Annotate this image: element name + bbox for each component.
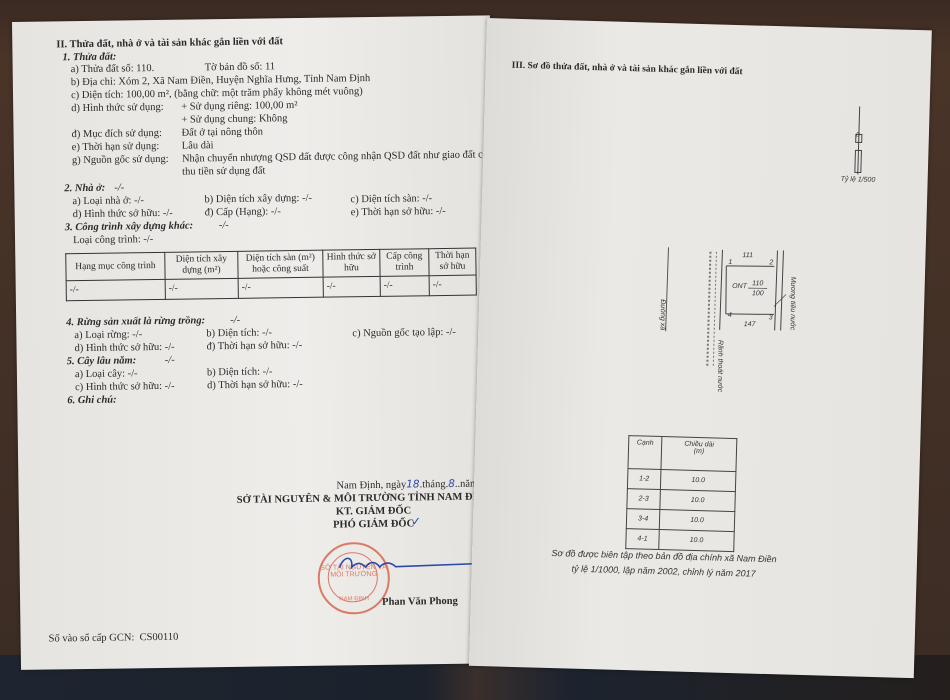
corner-2: 2 <box>769 259 773 266</box>
on-behalf: KT. GIÁM ĐỐC <box>336 505 412 518</box>
term-value: Lâu dài <box>182 140 214 152</box>
road-label: Đường xã <box>659 299 666 330</box>
usage-form-label: d) Hình thức sử dụng: <box>71 102 164 115</box>
map-sheet: Tờ bản đồ số: 11 <box>205 61 276 74</box>
register-number-label: Số vào sổ cấp GCN: <box>49 632 135 644</box>
left-page: II. Thửa đất, nhà ở và tài sản khác gắn … <box>12 15 499 670</box>
forest-heading-value: -/- <box>230 315 240 327</box>
works-col-ownership: Hình thức sở hữu <box>323 249 380 277</box>
parcel-map: 111 1 2 3 4 ONT 110 100 147 Đường xã Rãn… <box>663 239 805 390</box>
source-note-line2: tỷ lệ 1/1000, lập năm 2002, chỉnh lý năm… <box>534 563 794 580</box>
table-cell: -/- <box>165 278 238 299</box>
date-day: 18 <box>406 478 420 490</box>
register-number-value: CS00110 <box>140 632 179 644</box>
agency-name: SỞ TÀI NGUYÊN & MÔI TRƯỜNG TỈNH NAM ĐỊNH <box>237 491 493 507</box>
works-col-grade: Cấp công trình <box>380 249 429 277</box>
table-cell: -/- <box>429 275 476 296</box>
edges-col-length: Chiều dài (m) <box>661 437 737 472</box>
edge-name: 2-3 <box>627 489 661 510</box>
right-page: III. Sơ đồ thửa đất, nhà ở và tài sản kh… <box>469 18 932 678</box>
edge-length: 10.0 <box>659 530 735 552</box>
corner-4: 4 <box>728 312 732 319</box>
forest-heading: 4. Rừng sản xuất là rừng trồng: <box>66 315 205 329</box>
house-ownership-term: e) Thời hạn sở hữu: -/- <box>351 206 446 219</box>
edge-length: 10.0 <box>659 510 735 532</box>
edge-name: 1-2 <box>627 469 661 490</box>
table-cell: -/- <box>323 276 380 297</box>
neighbor-top: 111 <box>742 252 753 259</box>
forest-ownership: d) Hình thức sở hữu: -/- <box>74 342 174 355</box>
forest-term: đ) Thời hạn sở hữu: -/- <box>206 340 302 353</box>
date-month: 8 <box>448 478 455 490</box>
purpose-value: Đất ở tại nông thôn <box>181 127 263 140</box>
section-title-III: III. Sơ đồ thửa đất, nhà ở và tài sản kh… <box>512 61 743 77</box>
edge-length: 10.0 <box>660 470 736 492</box>
signature <box>335 551 485 575</box>
parcel-area-map: 100 <box>752 290 764 297</box>
north-arrow-icon <box>851 106 867 176</box>
stamp-bottom-text: NAM ĐỊNH <box>320 596 388 603</box>
house-floor-area: c) Diện tích sàn: -/- <box>350 193 432 206</box>
perennial-area: b) Diện tích: -/- <box>207 366 273 379</box>
origin-value-line2: thu tiền sử dụng đất <box>182 165 265 178</box>
works-type: Loại công trình: -/- <box>73 234 153 247</box>
table-row: 4-110.0 <box>626 529 735 552</box>
initials-mark: ✓ <box>411 514 421 528</box>
perennial-term: d) Thời hạn sở hữu: -/- <box>207 379 303 392</box>
table-cell: -/- <box>380 276 429 297</box>
parcel-number-map: 110 <box>752 280 763 287</box>
works-col-item: Hạng mục công trình <box>66 252 165 280</box>
corner-3: 3 <box>769 314 773 321</box>
perennial-type: a) Loại cây: -/- <box>75 368 138 381</box>
channel-label: Mương tiêu nước <box>789 277 797 331</box>
works-col-build-area: Diện tích xây dựng (m²) <box>165 251 238 279</box>
edge-name: 3-4 <box>626 509 660 530</box>
position: PHÓ GIÁM ĐỐC <box>333 518 414 531</box>
register-number: Số vào sổ cấp GCN: CS00110 <box>49 632 179 646</box>
other-works-heading-value: -/- <box>219 220 229 232</box>
house-heading-value: -/- <box>114 182 124 194</box>
drain-label: Rãnh thoát nước <box>716 340 724 392</box>
forest-area: b) Diện tích: -/- <box>206 327 272 340</box>
house-heading: 2. Nhà ở: <box>64 183 105 196</box>
perennial-ownership: c) Hình thức sở hữu: -/- <box>75 381 175 394</box>
other-works-heading: 3. Công trình xây dựng khác: <box>65 220 193 234</box>
forest-type: a) Loại rừng: -/- <box>74 329 142 342</box>
land-type: ONT <box>732 283 747 290</box>
north-label: B <box>856 132 860 138</box>
edges-col-edge: Cạnh <box>628 436 662 470</box>
edges-table: Cạnh Chiều dài (m) 1-210.0 2-310.0 3-410… <box>625 435 737 552</box>
month-label: tháng <box>422 479 445 490</box>
house-grade: đ) Cấp (Hạng): -/- <box>205 206 281 219</box>
parcel-map-lines <box>663 239 805 390</box>
works-table: Hạng mục công trình Diện tích xây dựng (… <box>65 248 477 302</box>
signer-name: Phan Văn Phong <box>382 596 458 609</box>
forest-origin: c) Nguồn gốc tạo lập: -/- <box>352 327 456 340</box>
land-heading: 1. Thửa đất: <box>62 52 116 65</box>
scale-label: Tỷ lệ 1/500 <box>841 176 876 184</box>
perennial-heading-value: -/- <box>165 355 175 367</box>
house-type: a) Loại nhà ở: -/- <box>72 195 144 208</box>
parcel-number: a) Thửa đất số: 110. <box>71 63 155 76</box>
table-cell: -/- <box>238 277 323 298</box>
works-col-floor-area: Diện tích sàn (m²) hoặc công suất <box>238 250 323 278</box>
neighbor-bottom: 147 <box>744 321 756 328</box>
table-cell: -/- <box>66 279 165 300</box>
origin-label: g) Nguồn gốc sử dụng: <box>72 154 169 167</box>
house-build-area: b) Diện tích xây dựng: -/- <box>204 193 312 206</box>
perennial-heading: 5. Cây lâu năm: <box>67 355 137 368</box>
edges-col-length-unit: (m) <box>663 447 735 456</box>
usage-private: + Sử dụng riêng: 100,00 m² <box>181 100 297 114</box>
place-date-prefix: Nam Định, ngày <box>336 480 406 492</box>
origin-value-line1: Nhận chuyển nhượng QSD đất được công nhậ… <box>182 149 488 165</box>
works-col-term: Thời hạn sở hữu <box>429 248 476 276</box>
edge-length: 10.0 <box>660 490 736 512</box>
term-label: e) Thời hạn sử dụng: <box>72 141 160 154</box>
usage-shared: + Sử dụng chung: Không <box>181 113 287 126</box>
purpose-label: đ) Mục đích sử dụng: <box>72 128 162 141</box>
notes-heading: 6. Ghi chú: <box>67 395 116 408</box>
edges-table-header: Cạnh Chiều dài (m) <box>628 436 737 472</box>
house-ownership: d) Hình thức sở hữu: -/- <box>73 208 173 221</box>
section-title-II: II. Thửa đất, nhà ở và tài sản khác gắn … <box>56 36 283 50</box>
corner-1: 1 <box>728 259 732 266</box>
edge-name: 4-1 <box>626 529 660 550</box>
